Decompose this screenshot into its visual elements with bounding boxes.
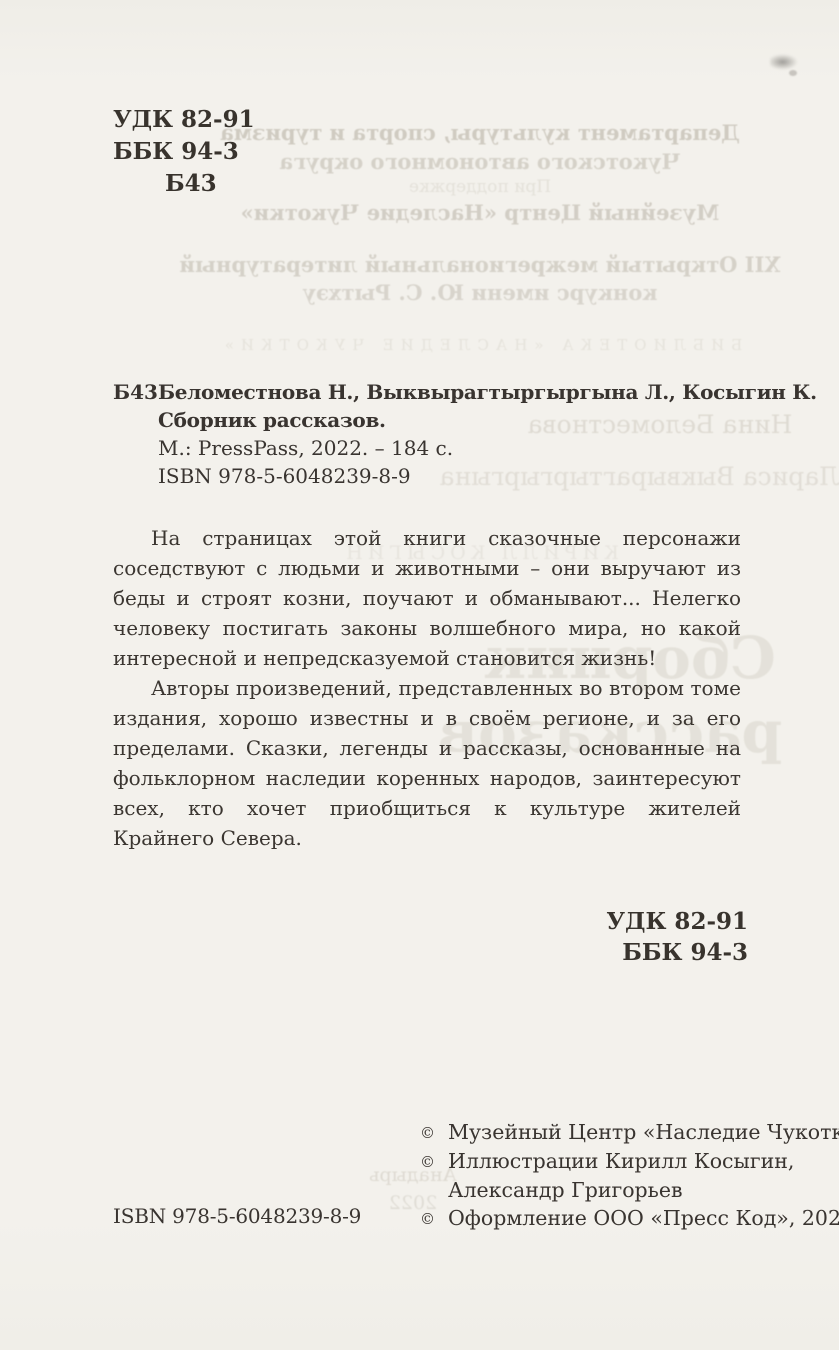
- copyright-line: Александр Григорьев: [420, 1176, 839, 1204]
- bibliographic-entry: Б43 Беломестнова Н., Выквырагтыргыргына …: [113, 378, 817, 490]
- copyright-sign: ©: [420, 1148, 448, 1176]
- ghost-line: XII Открытый межрегиональный литературны…: [120, 252, 839, 277]
- bbk-code: ББК 94-3: [113, 136, 255, 168]
- copyright-sign: ©: [420, 1205, 448, 1233]
- annotation-paragraph-1: На страницах этой книги сказочные персон…: [113, 523, 741, 673]
- copyright-block: ©Музейный Центр «Наследие Чукотки» ©Иллю…: [420, 1118, 839, 1233]
- copyright-line: ©Оформление ООО «Пресс Код», 2022: [420, 1204, 839, 1233]
- copyright-text: Оформление ООО «Пресс Код», 2022: [448, 1206, 839, 1230]
- copyright-line: ©Иллюстрации Кирилл Косыгин,: [420, 1147, 839, 1176]
- entry-title: Сборник рассказов.: [158, 406, 817, 434]
- copyright-text: Александр Григорьев: [448, 1178, 683, 1202]
- entry-isbn: ISBN 978-5-6048239-8-9: [158, 462, 817, 490]
- copyright-text: Иллюстрации Кирилл Косыгин,: [448, 1149, 794, 1173]
- entry-text: Беломестнова Н., Выквырагтыргыргына Л., …: [158, 378, 817, 490]
- annotation-paragraph-2: Авторы произведений, представленных во в…: [113, 673, 741, 853]
- ghost-line: конкурс имени Ю. С. Рытхэу: [120, 280, 839, 305]
- book-imprint-page: Департамент культуры, спорта и туризма Ч…: [0, 0, 839, 1350]
- classification-codes-top: УДК 82-91 ББК 94-3 Б43: [113, 104, 255, 200]
- entry-code: Б43: [113, 378, 158, 490]
- annotation-block: На страницах этой книги сказочные персон…: [113, 523, 741, 853]
- scan-artifact: [789, 70, 797, 76]
- entry-authors: Беломестнова Н., Выквырагтыргыргына Л., …: [158, 378, 817, 406]
- ghost-line: БИБЛИОТЕКА «НАСЛЕДИЕ ЧУКОТКИ»: [120, 336, 839, 354]
- entry-publication: М.: PressPass, 2022. – 184 с.: [158, 434, 817, 462]
- udc-code: УДК 82-91: [113, 104, 255, 136]
- udc-code: УДК 82-91: [606, 906, 748, 937]
- isbn-footer: ISBN 978-5-6048239-8-9: [113, 1204, 361, 1228]
- ghost-line: Музейный Центр «Наследие Чукотки»: [120, 200, 839, 225]
- copyright-sign: ©: [420, 1119, 448, 1147]
- copyright-text: Музейный Центр «Наследие Чукотки»: [448, 1120, 839, 1144]
- bbk-code: ББК 94-3: [606, 937, 748, 968]
- classification-codes-bottom: УДК 82-91 ББК 94-3: [606, 906, 748, 968]
- author-sign-code: Б43: [165, 168, 255, 200]
- copyright-line: ©Музейный Центр «Наследие Чукотки»: [420, 1118, 839, 1147]
- scan-artifact: [770, 54, 798, 70]
